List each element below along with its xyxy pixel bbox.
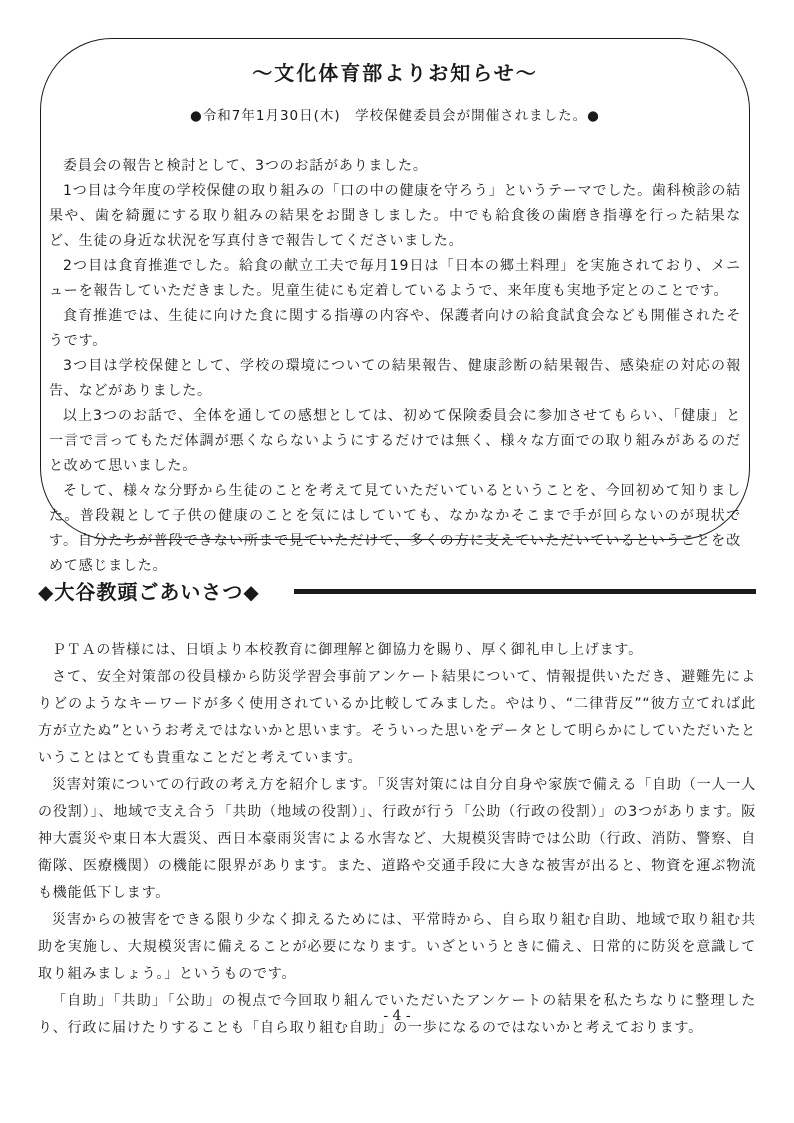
notice-date-line: ●令和7年1月30日(木) 学校保健委員会が開催されました。● (49, 104, 741, 124)
heading-divider-rule (294, 589, 756, 594)
greeting-header: ◆大谷教頭ごあいさつ◆ (38, 576, 756, 605)
culture-sports-notice-box: ～文化体育部よりお知らせ～ ●令和7年1月30日(木) 学校保健委員会が開催され… (40, 38, 750, 540)
greeting-paragraph: さて、安全対策部の役員様から防災学習会事前アンケート結果について、情報提供いただ… (38, 664, 756, 772)
notice-title: ～文化体育部よりお知らせ～ (49, 57, 741, 86)
greeting-body: ＰＴＡの皆様には、日頃より本校教育に御理解と御協力を賜り、厚く御礼申し上げます。… (38, 637, 756, 1042)
page-number: - 4 - (0, 1008, 794, 1024)
greeting-paragraph: 災害からの被害をできる限り少なく抑えるためには、平常時から、自ら取り組む自助、地… (38, 907, 756, 988)
greeting-paragraph: 災害対策についての行政の考え方を紹介します。「災害対策には自分自身や家族で備える… (38, 772, 756, 907)
notice-paragraph: 委員会の報告と検討として、3つのお話がありました。 (49, 154, 741, 179)
notice-paragraph: 2つ目は食育推進でした。給食の献立工夫で毎月19日は「日本の郷土料理」を実施され… (49, 254, 741, 304)
greeting-paragraph: ＰＴＡの皆様には、日頃より本校教育に御理解と御協力を賜り、厚く御礼申し上げます。 (38, 637, 756, 664)
newsletter-page: ～文化体育部よりお知らせ～ ●令和7年1月30日(木) 学校保健委員会が開催され… (0, 0, 794, 1123)
notice-paragraph: 3つ目は学校保健として、学校の環境についての結果報告、健康診断の結果報告、感染症… (49, 354, 741, 404)
notice-paragraph: 以上3つのお話で、全体を通しての感想としては、初めて保険委員会に参加させてもらい… (49, 404, 741, 479)
greeting-heading: ◆大谷教頭ごあいさつ◆ (38, 576, 260, 605)
vice-principal-greeting-section: ◆大谷教頭ごあいさつ◆ ＰＴＡの皆様には、日頃より本校教育に御理解と御協力を賜り… (38, 576, 756, 1042)
notice-body: 委員会の報告と検討として、3つのお話がありました。 1つ目は今年度の学校保健の取… (49, 154, 741, 579)
notice-paragraph: 食育推進では、生徒に向けた食に関する指導の内容や、保護者向けの給食試食会なども開… (49, 304, 741, 354)
notice-paragraph: 1つ目は今年度の学校保健の取り組みの「口の中の健康を守ろう」というテーマでした。… (49, 179, 741, 254)
notice-paragraph: そして、様々な分野から生徒のことを考えて見ていただいているということを、今回初め… (49, 479, 741, 579)
